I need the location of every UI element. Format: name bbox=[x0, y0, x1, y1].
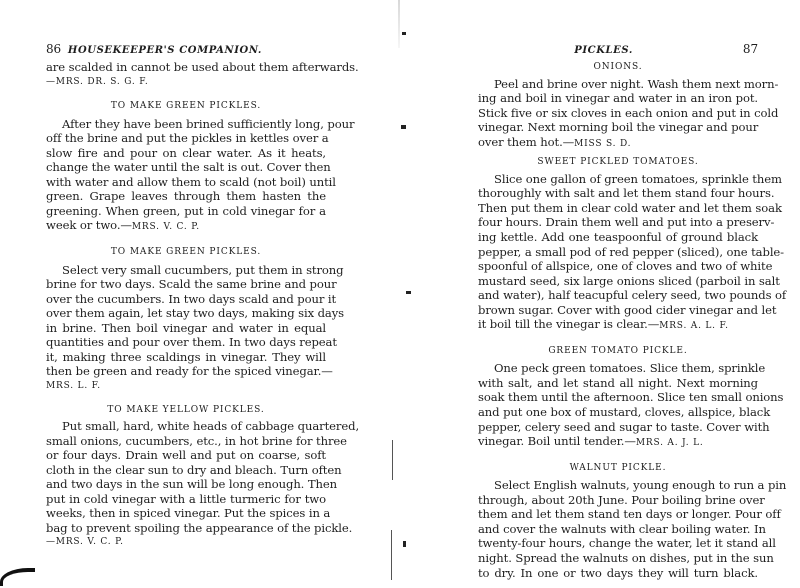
text-line: weeks, then in spiced vinegar. Put the s… bbox=[46, 506, 326, 521]
text-fragment: week or two.— bbox=[46, 218, 132, 232]
text-line: Select very small cucumbers, put them in… bbox=[46, 263, 326, 278]
recipe-title: TO MAKE GREEN PICKLES. bbox=[46, 99, 326, 114]
text-line: and cover the walnuts with clear boiling… bbox=[478, 522, 758, 537]
recipe-green-pickles-1: TO MAKE GREEN PICKLES. After they have b… bbox=[46, 99, 326, 235]
text-line: brown sugar. Cover with good cider vineg… bbox=[478, 303, 758, 318]
text-line: it, making three scaldings in vinegar. T… bbox=[46, 350, 326, 365]
left-page-text-column: 86 HOUSEKEEPER'S COMPANION. are scalded … bbox=[46, 42, 326, 550]
page-number: 86 bbox=[46, 42, 61, 57]
text-line: Put small, hard, white heads of cabbage … bbox=[46, 419, 326, 434]
gutter-edge-line bbox=[391, 530, 392, 580]
text-line-with-signature: it boil till the vinegar is clear.—MRS. … bbox=[478, 317, 758, 334]
text-line: One peck green tomatoes. Slice them, spr… bbox=[478, 361, 758, 376]
recipe-title: ONIONS. bbox=[478, 60, 758, 75]
text-line: mustard seed, six large onions sliced (p… bbox=[478, 274, 758, 289]
recipe-onions: ONIONS. Peel and brine over night. Wash … bbox=[478, 60, 758, 151]
text-fragment: it boil till the vinegar is clear.— bbox=[478, 317, 659, 331]
text-line: small onions, cucumbers, etc., in hot br… bbox=[46, 434, 326, 449]
text-line: green. Grape leaves through them hasten … bbox=[46, 189, 326, 204]
running-head-right: PICKLES. 87 bbox=[478, 42, 758, 60]
text-line: night. Spread the walnuts on dishes, put… bbox=[478, 551, 758, 566]
recipe-sweet-pickled-tomatoes: SWEET PICKLED TOMATOES. Slice one gallon… bbox=[478, 155, 758, 334]
page-number: 87 bbox=[743, 42, 758, 57]
text-line-with-signature: over them hot.—MISS S. D. bbox=[478, 135, 758, 152]
text-line: soak them until the afternoon. Slice ten… bbox=[478, 390, 758, 405]
continuation-paragraph: are scalded in cannot be used about them… bbox=[46, 60, 326, 89]
recipe-title: WALNUT PICKLE. bbox=[478, 461, 758, 476]
text-line: and water), half teacupful celery seed, … bbox=[478, 288, 758, 303]
text-line-with-signature: week or two.—MRS. V. C. P. bbox=[46, 218, 326, 235]
recipe-green-pickles-2: TO MAKE GREEN PICKLES. Select very small… bbox=[46, 245, 326, 393]
text-line: to dry. In one or two days they will tur… bbox=[478, 566, 758, 581]
text-line: vinegar. Next morning boil the vinegar a… bbox=[478, 120, 758, 135]
text-line: over the cucumbers. In two days scald an… bbox=[46, 292, 326, 307]
left-page: 86 HOUSEKEEPER'S COMPANION. are scalded … bbox=[0, 0, 400, 588]
text-line: or four days. Drain well and put on coar… bbox=[46, 448, 326, 463]
text-line: four hours. Drain them well and put into… bbox=[478, 215, 758, 230]
signature: MRS. A. J. L. bbox=[636, 438, 704, 448]
text-line: off the brine and put the pickles in ket… bbox=[46, 131, 326, 146]
recipe-green-tomato-pickle: GREEN TOMATO PICKLE. One peck green toma… bbox=[478, 344, 758, 451]
text-line: pepper, celery seed and sugar to taste. … bbox=[478, 420, 758, 435]
signature: —MRS. DR. S. G. F. bbox=[46, 75, 326, 90]
signature: MISS S. D. bbox=[574, 139, 631, 149]
text-line: with water and allow them to scald (not … bbox=[46, 175, 326, 190]
recipe-title: TO MAKE YELLOW PICKLES. bbox=[46, 403, 326, 418]
recipe-title: TO MAKE GREEN PICKLES. bbox=[46, 245, 326, 260]
text-line: with salt, and let stand all night. Next… bbox=[478, 376, 758, 391]
text-fragment: over them hot.— bbox=[478, 135, 574, 149]
text-line: then be green and ready for the spiced v… bbox=[46, 364, 326, 379]
text-line: are scalded in cannot be used about them… bbox=[46, 60, 326, 75]
text-line: bag to prevent spoiling the appearance o… bbox=[46, 521, 326, 536]
text-fragment: vinegar. Boil until tender.— bbox=[478, 434, 636, 448]
running-head-title: PICKLES. bbox=[574, 44, 633, 59]
recipe-title: SWEET PICKLED TOMATOES. bbox=[478, 155, 758, 170]
text-line: brine for two days. Scald the same brine… bbox=[46, 277, 326, 292]
text-line: Peel and brine over night. Wash them nex… bbox=[478, 77, 758, 92]
text-line: spoonful of allspice, one of cloves and … bbox=[478, 259, 758, 274]
text-line: pepper, a small pod of red pepper (slice… bbox=[478, 245, 758, 260]
text-line: thoroughly with salt and let them stand … bbox=[478, 186, 758, 201]
text-line: Then put them in clear cold water and le… bbox=[478, 201, 758, 216]
text-line: Stick five or six cloves in each onion a… bbox=[478, 106, 758, 121]
text-line: Slice one gallon of green tomatoes, spri… bbox=[478, 172, 758, 187]
text-line: through, about 20th June. Pour boiling b… bbox=[478, 493, 758, 508]
text-line: quantities and pour over them. In two da… bbox=[46, 335, 326, 350]
text-line-with-signature: vinegar. Boil until tender.—MRS. A. J. L… bbox=[478, 434, 758, 451]
running-head-title: HOUSEKEEPER'S COMPANION. bbox=[68, 44, 262, 59]
text-line: and put one box of mustard, cloves, alls… bbox=[478, 405, 758, 420]
text-line: them and let them stand ten days or long… bbox=[478, 507, 758, 522]
text-line: slow fire and pour on clear water. As it… bbox=[46, 146, 326, 161]
signature: MRS. A. L. F. bbox=[659, 321, 729, 331]
text-line: change the water until the salt is out. … bbox=[46, 160, 326, 175]
text-line: ing kettle. Add one teaspoonful of groun… bbox=[478, 230, 758, 245]
recipe-title: GREEN TOMATO PICKLE. bbox=[478, 344, 758, 359]
text-line: twenty-four hours, change the water, let… bbox=[478, 536, 758, 551]
signature: MRS. L. F. bbox=[46, 379, 326, 394]
right-page-text-column: PICKLES. 87 ONIONS. Peel and brine over … bbox=[478, 42, 758, 580]
recipe-walnut-pickle: WALNUT PICKLE. Select English walnuts, y… bbox=[478, 461, 758, 580]
text-line: greening. When green, put in cold vinega… bbox=[46, 204, 326, 219]
text-line: put in cold vinegar with a little turmer… bbox=[46, 492, 326, 507]
page-curl-mark bbox=[0, 568, 35, 586]
signature: MRS. V. C. P. bbox=[132, 222, 200, 232]
gutter-edge-line bbox=[392, 440, 393, 480]
right-page: PICKLES. 87 ONIONS. Peel and brine over … bbox=[400, 0, 800, 588]
text-line: ing and boil in vinegar and water in an … bbox=[478, 91, 758, 106]
text-line: over them again, let stay two days, maki… bbox=[46, 306, 326, 321]
text-line: cloth in the clear sun to dry and bleach… bbox=[46, 463, 326, 478]
recipe-yellow-pickles: TO MAKE YELLOW PICKLES. Put small, hard,… bbox=[46, 403, 326, 549]
signature: —MRS. V. C. P. bbox=[46, 535, 326, 550]
running-head-left: 86 HOUSEKEEPER'S COMPANION. bbox=[46, 42, 326, 60]
text-line: and two days in the sun will be long eno… bbox=[46, 477, 326, 492]
text-line: After they have been brined sufficiently… bbox=[46, 117, 326, 132]
text-line: in brine. Then boil vinegar and water in… bbox=[46, 321, 326, 336]
text-line: Select English walnuts, young enough to … bbox=[478, 478, 758, 493]
